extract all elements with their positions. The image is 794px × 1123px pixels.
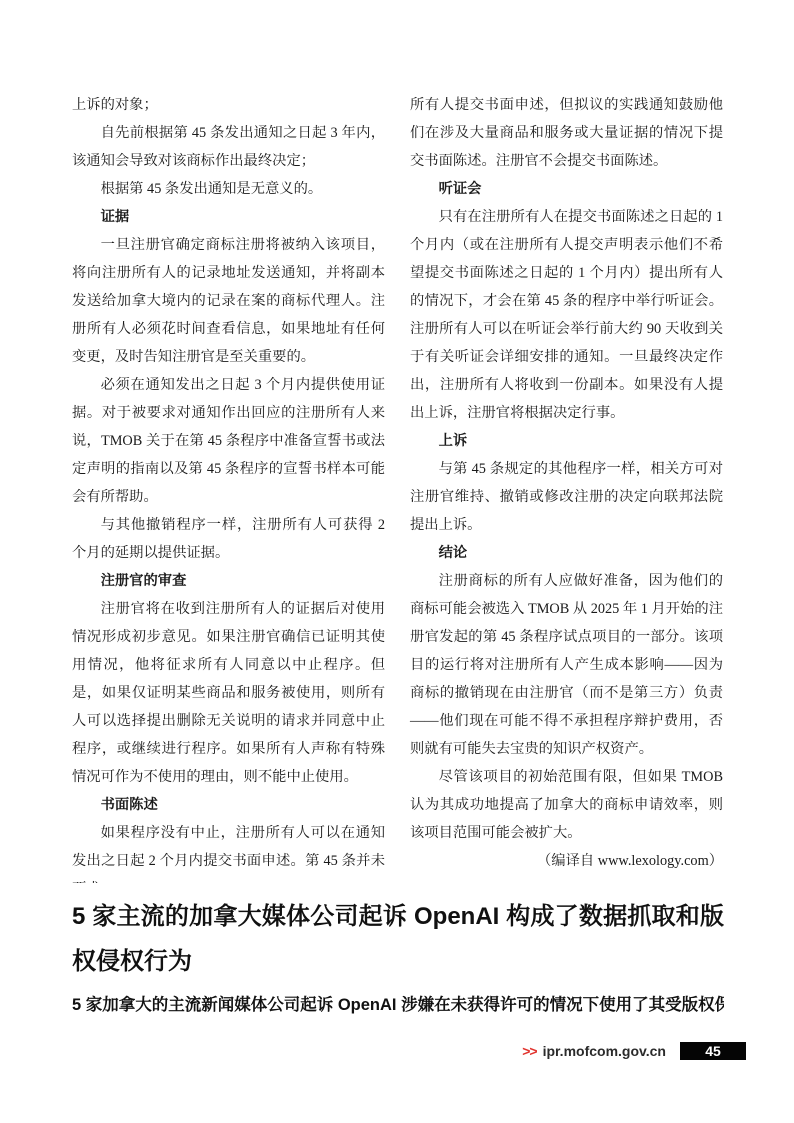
body-paragraph: 与其他撤销程序一样，注册所有人可获得 2 个月的延期以提供证据。	[72, 511, 385, 567]
body-paragraph: 尽管该项目的初始范围有限，但如果 TMOB 认为其成功地提高了加拿大的商标申请效…	[410, 763, 723, 847]
chevrons-right-icon: >>	[522, 1043, 536, 1059]
body-paragraph: 一旦注册官确定商标注册将被纳入该项目，将向注册所有人的记录地址发送通知，并将副本…	[72, 231, 385, 371]
body-paragraph: 只有在注册所有人在提交书面陈述之日起的 1 个月内（或在注册所有人提交声明表示他…	[410, 203, 723, 427]
left-column: 上诉的对象；自先前根据第 45 条发出通知之日起 3 年内，该通知会导致对该商标…	[72, 91, 385, 883]
page-footer: >> ipr.mofcom.gov.cn 45	[522, 1042, 746, 1060]
body-subheading: 听证会	[410, 175, 723, 203]
body-paragraph: 如果程序没有中止，注册所有人可以在通知发出之日起 2 个月内提交书面申述。第 4…	[72, 819, 385, 883]
body-subheading: 证据	[72, 203, 385, 231]
body-subheading: 结论	[410, 539, 723, 567]
body-paragraph: 上诉的对象；	[72, 91, 385, 119]
body-paragraph: 与第 45 条规定的其他程序一样，相关方可对注册官维持、撤销或修改注册的决定向联…	[410, 455, 723, 539]
body-paragraph: （编译自 www.lexology.com）	[410, 847, 723, 875]
body-paragraph: 自先前根据第 45 条发出通知之日起 3 年内，该通知会导致对该商标作出最终决定…	[72, 119, 385, 175]
article-title: 5 家主流的加拿大媒体公司起诉 OpenAI 构成了数据抓取和版权侵权行为	[72, 894, 724, 984]
right-column: 所有人提交书面申述，但拟议的实践通知鼓励他们在涉及大量商品和服务或大量证据的情况…	[410, 91, 723, 883]
body-subheading: 注册官的审查	[72, 567, 385, 595]
body-paragraph: 所有人提交书面申述，但拟议的实践通知鼓励他们在涉及大量商品和服务或大量证据的情况…	[410, 91, 723, 175]
body-subheading: 书面陈述	[72, 791, 385, 819]
next-article-heading: 5 家主流的加拿大媒体公司起诉 OpenAI 构成了数据抓取和版权侵权行为 5 …	[72, 894, 724, 1018]
body-paragraph: 注册商标的所有人应做好准备，因为他们的商标可能会被选入 TMOB 从 2025 …	[410, 567, 723, 763]
body-paragraph: 注册官将在收到注册所有人的证据后对使用情况形成初步意见。如果注册官确信已证明其使…	[72, 595, 385, 791]
body-paragraph: 必须在通知发出之日起 3 个月内提供使用证据。对于被要求对通知作出回应的注册所有…	[72, 371, 385, 511]
body-paragraph: 根据第 45 条发出通知是无意义的。	[72, 175, 385, 203]
page-number-badge: 45	[680, 1042, 746, 1060]
body-subheading: 上诉	[410, 427, 723, 455]
document-page: 上诉的对象；自先前根据第 45 条发出通知之日起 3 年内，该通知会导致对该商标…	[0, 0, 794, 1123]
article-lead-paragraph: 5 家加拿大的主流新闻媒体公司起诉 OpenAI 涉嫌在未获得许可的情况下使用了…	[72, 992, 724, 1018]
footer-site-url: ipr.mofcom.gov.cn	[543, 1043, 666, 1059]
two-column-body: 上诉的对象；自先前根据第 45 条发出通知之日起 3 年内，该通知会导致对该商标…	[72, 91, 723, 883]
